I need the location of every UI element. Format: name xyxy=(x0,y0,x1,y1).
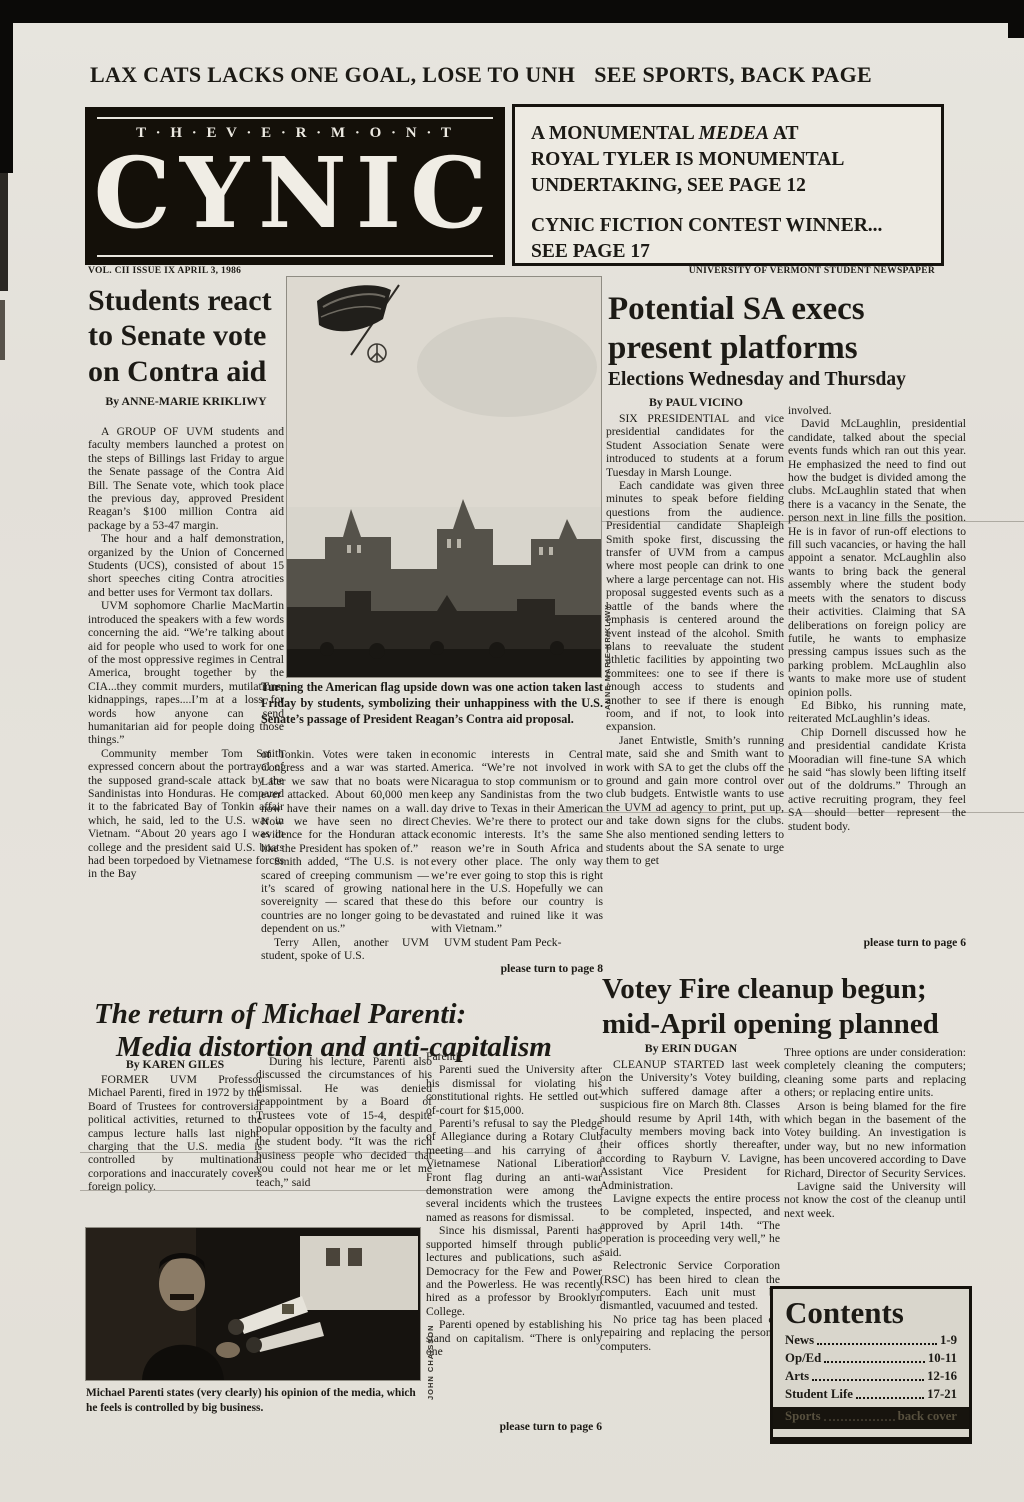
contra-column-3: economic interests in Central America. “… xyxy=(431,748,603,962)
body-paragraph: The hour and a half demonstration, organ… xyxy=(88,532,284,599)
promo-line-2: CYNIC FICTION CONTEST WINNER... SEE PAGE… xyxy=(531,213,891,265)
banner-pointer: SEE SPORTS, BACK PAGE xyxy=(594,62,872,88)
toc-page: 1-9 xyxy=(940,1333,957,1348)
toc-row: Arts 12-16 xyxy=(785,1369,957,1384)
body-paragraph: Janet Entwistle, Smith’s running mate, s… xyxy=(606,734,784,868)
promo-line-1: A MONUMENTAL MEDEA AT ROYAL TYLER IS MON… xyxy=(531,121,861,199)
parenti-photo xyxy=(86,1228,420,1380)
hand xyxy=(216,1342,240,1358)
body-paragraph: Lavigne expects the entire process to be… xyxy=(600,1192,780,1259)
toc-label: Sports xyxy=(785,1409,821,1424)
protest-photo xyxy=(287,277,601,677)
toc-row: News 1-9 xyxy=(785,1333,957,1348)
body-paragraph: of Tonkin. Votes were taken in Congress … xyxy=(261,748,429,855)
contra-jump-line: please turn to page 8 xyxy=(431,962,603,975)
body-paragraph: Relectronic Service Corporation (RSC) ha… xyxy=(600,1259,780,1313)
body-paragraph: Parenti’s refusal to say the Pledge of A… xyxy=(426,1117,602,1224)
newspaper-front-page: LAX CATS LACKS ONE GOAL, LOSE TO UNH SEE… xyxy=(0,0,1024,1502)
body-paragraph: Terry Allen, another UVM student, spoke … xyxy=(261,936,429,963)
body-paragraph: Parenti sued the University after his di… xyxy=(426,1063,602,1117)
sa-column-2: involved. David McLaughlin, presidential… xyxy=(788,404,966,934)
body-paragraph: FORMER UVM Professor Michael Parenti, fi… xyxy=(88,1073,262,1194)
parenti-column-1: FORMER UVM Professor Michael Parenti, fi… xyxy=(88,1073,262,1223)
toc-label: Arts xyxy=(785,1369,809,1384)
sa-subhead: Elections Wednesday and Thursday xyxy=(608,369,948,391)
contents-box: Contents News 1-9 Op/Ed 10-11 Arts 12-16… xyxy=(770,1286,972,1444)
scan-artifact xyxy=(0,300,5,360)
photo-background-sign xyxy=(300,1236,418,1310)
promo-box: A MONUMENTAL MEDEA AT ROYAL TYLER IS MON… xyxy=(512,104,944,266)
toc-page: 10-11 xyxy=(928,1351,957,1366)
parenti-column-3: Parenti. Parenti sued the University aft… xyxy=(426,1050,602,1420)
toc-page: 17-21 xyxy=(927,1387,957,1402)
body-paragraph: Ed Bibko, his running mate, reiterated M… xyxy=(788,699,966,726)
parenti-headline-line1: The return of Michael Parenti: xyxy=(94,998,466,1030)
photo-credit: JOHN CHAISSON xyxy=(426,1290,435,1400)
parenti-jump-line: please turn to page 6 xyxy=(426,1420,602,1433)
contra-headline: Students react to Senate vote on Contra … xyxy=(88,283,300,389)
toc-label: News xyxy=(785,1333,814,1348)
contra-column-2: of Tonkin. Votes were taken in Congress … xyxy=(261,748,429,996)
body-paragraph: Three options are under consideration: c… xyxy=(784,1046,966,1100)
body-paragraph: No price tag has been placed on repairin… xyxy=(600,1313,780,1353)
volume-date: VOL. CII ISSUE IX APRIL 3, 1986 xyxy=(88,266,241,276)
toc-row: Op/Ed 10-11 xyxy=(785,1351,957,1366)
affiliation: UNIVERSITY OF VERMONT STUDENT NEWSPAPER xyxy=(689,266,935,276)
parenti-byline: By KAREN GILES xyxy=(88,1058,262,1072)
scan-artifact xyxy=(0,0,1024,23)
toc-leader xyxy=(824,1361,925,1363)
body-paragraph: Since his dismissal, Parenti has support… xyxy=(426,1224,602,1318)
toc-label: Student Life xyxy=(785,1387,853,1402)
masthead-title: CYNIC xyxy=(85,141,505,246)
folio-row: VOL. CII ISSUE IX APRIL 3, 1986 UNIVERSI… xyxy=(88,266,935,276)
sa-column-1: SIX PRESIDENTIAL and vice presidential c… xyxy=(606,412,784,964)
toc-leader xyxy=(812,1379,924,1381)
body-paragraph: Parenti opened by establishing his stand… xyxy=(426,1318,602,1358)
votey-headline: Votey Fire cleanup begun; mid-April open… xyxy=(602,972,974,1042)
body-paragraph: Community member Tom Smith expressed con… xyxy=(88,747,284,881)
body-paragraph: Smith added, “The U.S. is not scared of … xyxy=(261,855,429,935)
body-paragraph: A GROUP OF UVM students and faculty memb… xyxy=(88,425,284,532)
top-banner: LAX CATS LACKS ONE GOAL, LOSE TO UNH SEE… xyxy=(90,62,872,88)
toc-leader xyxy=(856,1397,924,1399)
toc-row: Sports back cover xyxy=(773,1407,969,1429)
sa-headline: Potential SA execs present platforms xyxy=(608,290,948,367)
votey-column-2: Three options are under consideration: c… xyxy=(784,1046,966,1284)
body-paragraph: CLEANUP STARTED last week on the Univers… xyxy=(600,1058,780,1192)
body-paragraph: economic interests in Central America. “… xyxy=(431,748,603,936)
body-paragraph: Chip Dornell discussed how he and presid… xyxy=(788,726,966,833)
body-paragraph: Arson is being blamed for the fire which… xyxy=(784,1100,966,1180)
body-paragraph: Each candidate was given three minutes t… xyxy=(606,479,784,734)
parenti-photo-caption: Michael Parenti states (very clearly) hi… xyxy=(86,1386,422,1416)
promo-text: A MONUMENTAL xyxy=(531,123,699,144)
masthead-rule xyxy=(97,255,493,257)
masthead-rule xyxy=(97,117,493,119)
body-paragraph: UVM sophomore Charlie MacMartin introduc… xyxy=(88,599,284,746)
toc-page: back cover xyxy=(898,1409,957,1424)
masthead: T · H · E V · E · R · M · O · N · T CYNI… xyxy=(85,107,505,265)
parenti-column-2: During his lecture, Parenti also discuss… xyxy=(256,1055,432,1225)
body-paragraph: Parenti. xyxy=(426,1050,602,1063)
votey-column-1: CLEANUP STARTED last week on the Univers… xyxy=(600,1058,780,1440)
toc-row: Student Life 17-21 xyxy=(785,1387,957,1402)
protest-photo-image xyxy=(287,277,601,677)
body-paragraph: During his lecture, Parenti also discuss… xyxy=(256,1055,432,1189)
toc-leader xyxy=(817,1343,937,1345)
scan-artifact xyxy=(1008,0,1024,38)
toc-page: 12-16 xyxy=(927,1369,957,1384)
toc-leader xyxy=(824,1419,895,1421)
protest-photo-caption: Turning the American flag upside down wa… xyxy=(261,680,603,746)
contents-title: Contents xyxy=(785,1297,957,1330)
body-paragraph: Lavigne said the University will not kno… xyxy=(784,1180,966,1220)
contra-byline: By ANNE-MARIE KRIKLIWY xyxy=(88,395,284,409)
sa-jump-line: please turn to page 6 xyxy=(788,936,966,949)
sa-byline: By PAUL VICINO xyxy=(606,396,786,410)
body-paragraph: involved. xyxy=(788,404,966,417)
banner-headline: LAX CATS LACKS ONE GOAL, LOSE TO UNH xyxy=(90,62,575,88)
scan-artifact xyxy=(0,23,13,173)
scan-artifact xyxy=(0,173,8,291)
votey-byline: By ERIN DUGAN xyxy=(600,1042,782,1056)
body-paragraph: UVM student Pam Peck- xyxy=(431,936,603,949)
promo-title-italic: MEDEA xyxy=(699,123,769,144)
parenti-photo-image xyxy=(86,1228,420,1380)
contra-column-1: A GROUP OF UVM students and faculty memb… xyxy=(88,425,284,997)
toc-label: Op/Ed xyxy=(785,1351,821,1366)
body-paragraph: David McLaughlin, presidential candidate… xyxy=(788,417,966,699)
body-paragraph: SIX PRESIDENTIAL and vice presidential c… xyxy=(606,412,784,479)
